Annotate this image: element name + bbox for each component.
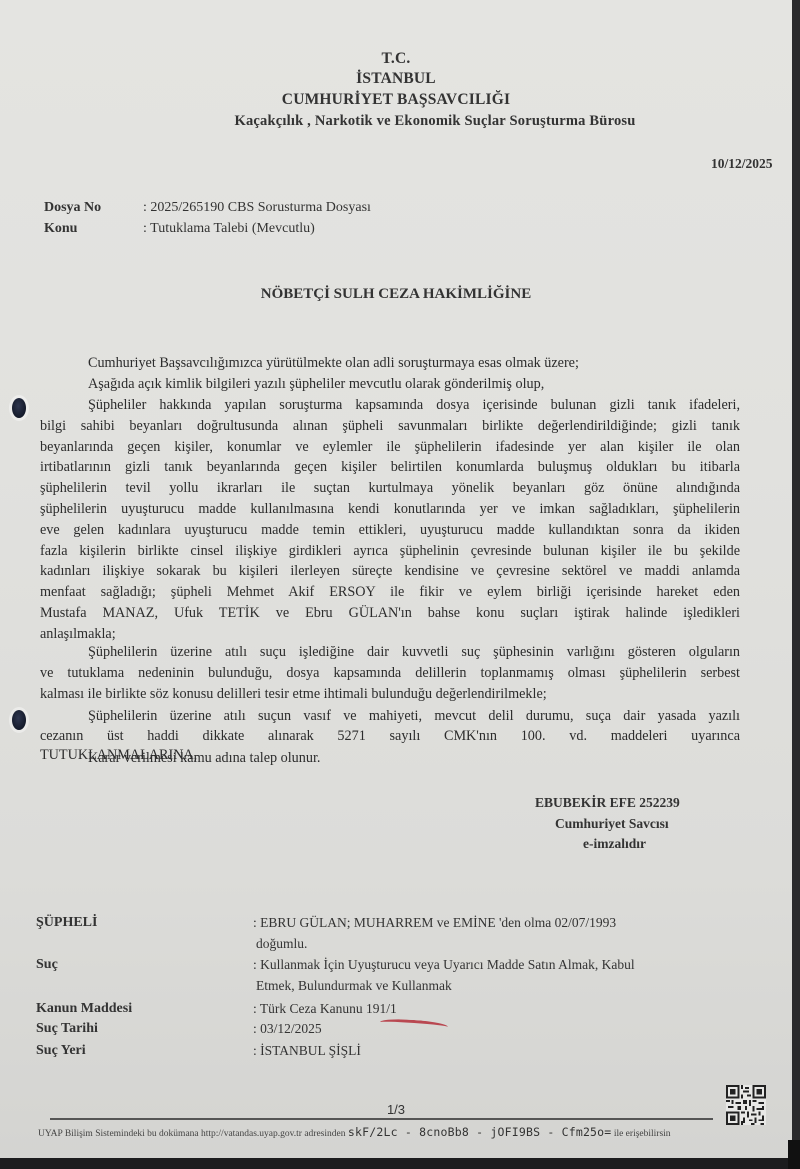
footer-rule <box>50 1118 713 1120</box>
detail-label: Kanun Maddesi <box>36 1001 132 1017</box>
footer-suffix: ile erişebilirsin <box>614 1129 671 1139</box>
red-pen-underline <box>380 1018 448 1032</box>
detail-value: : EBRU GÜLAN; MUHARREM ve EMİNE 'den olm… <box>253 915 616 931</box>
e-signature-note: e-imzalıdır <box>583 836 646 852</box>
paragraph-line: eve gelen kadınlara uyuşturucu madde tem… <box>40 522 740 539</box>
paragraph-line: Şüphelilerin üzerine atılı suçu işlediği… <box>88 644 740 661</box>
paragraph-line: ve tutuklama nedeninin bulunduğu, dosya … <box>40 665 740 682</box>
prosecutor-name: EBUBEKİR EFE 252239 <box>535 795 680 811</box>
paragraph-line: Şüphelilerin üzerine atılı suçun vasıf v… <box>88 708 740 725</box>
detail-label: Suç <box>36 957 58 973</box>
detail-value: : Türk Ceza Kanunu 191/1 <box>253 1001 397 1017</box>
detail-label: ŞÜPHELİ <box>36 915 97 931</box>
intro-line-2: Aşağıda açık kimlik bilgileri yazılı şüp… <box>88 376 544 393</box>
paragraph-line: fazla kişilerin birlikte cinsel ilişkiye… <box>40 543 740 560</box>
background-edge <box>792 0 800 1169</box>
punch-hole <box>12 710 26 730</box>
paragraph-line: menfaat sağladığı; şüpheli Mehmet Akif E… <box>40 584 740 601</box>
intro-line-1: Cumhuriyet Başsavcılığımızca yürütülmekt… <box>88 355 579 372</box>
paragraph-line: Şüpheliler hakkında yapılan soruşturma k… <box>88 397 740 414</box>
detail-value: : Kullanmak İçin Uyuşturucu veya Uyarıcı… <box>253 957 635 973</box>
document-page: T.C. İSTANBUL CUMHURİYET BAŞSAVCILIĞI Ka… <box>0 0 792 1158</box>
document-date: 10/12/2025 <box>711 156 773 172</box>
paragraph-line: irtibatlarının gizli tanık beyanlarında … <box>40 459 740 476</box>
subject-value: : Tutuklama Talebi (Mevcutlu) <box>143 221 315 237</box>
footer-prefix: UYAP Bilişim Sistemindeki bu dokümana ht… <box>38 1129 345 1139</box>
paragraph-line: cezanın üst haddi dikkate alınarak 5271 … <box>40 728 740 745</box>
verification-code: skF/2Lc - 8cnoBb8 - jOFI9BS - Cfm25o= <box>348 1125 612 1139</box>
paragraph-line: Mustafa MANAZ, Ufuk TETİK ve Ebru GÜLAN'… <box>40 605 740 622</box>
header-office: CUMHURİYET BAŞSAVCILIĞI <box>0 91 792 109</box>
header-tc: T.C. <box>0 50 792 68</box>
subject-label: Konu <box>44 221 77 237</box>
paragraph-line: bilgi sahibi beyanları doğrultusunda alı… <box>40 418 740 435</box>
detail-value: : İSTANBUL ŞİŞLİ <box>253 1043 361 1059</box>
paragraph-line: anlaşılmakla; <box>40 626 740 643</box>
qr-code-icon <box>726 1085 766 1125</box>
paragraph-line: beyanlarında geçen kişiler, konumlar ve … <box>40 439 740 456</box>
background-corner <box>788 1140 800 1169</box>
detail-value: doğumlu. <box>256 936 307 952</box>
file-no-value: : 2025/265190 CBS Sorusturma Dosyası <box>143 200 371 216</box>
detail-label: Suç Tarihi <box>36 1021 98 1037</box>
header-bureau: Kaçakçılık , Narkotik ve Ekonomik Suçlar… <box>50 113 800 130</box>
file-no-label: Dosya No <box>44 200 101 216</box>
page-number: 1/3 <box>0 1102 792 1117</box>
header-city: İSTANBUL <box>0 70 792 88</box>
paragraph-line: şüphelilerin tevil yollu ikrarları ile s… <box>40 480 740 497</box>
detail-value: Etmek, Bulundurmak ve Kullanmak <box>256 978 452 994</box>
paragraph-line: kadınları ilişkiye sokarak bu kişileri i… <box>40 563 740 580</box>
paragraph-line: kalması ile birlikte söz konusu deliller… <box>40 686 740 703</box>
addressee-title: NÖBETÇİ SULH CEZA HAKİMLİĞİNE <box>0 286 792 303</box>
detail-value: : 03/12/2025 <box>253 1021 322 1037</box>
punch-hole <box>12 398 26 418</box>
paragraph-line: şüphelilerin uyuşturucu madde kullanılma… <box>40 501 740 518</box>
prosecutor-title: Cumhuriyet Savcısı <box>555 816 669 832</box>
footer-verification: UYAP Bilişim Sistemindeki bu dokümana ht… <box>38 1125 671 1139</box>
closing-line: Karar verilmesi kamu adına talep olunur. <box>88 750 320 767</box>
detail-label: Suç Yeri <box>36 1043 86 1059</box>
